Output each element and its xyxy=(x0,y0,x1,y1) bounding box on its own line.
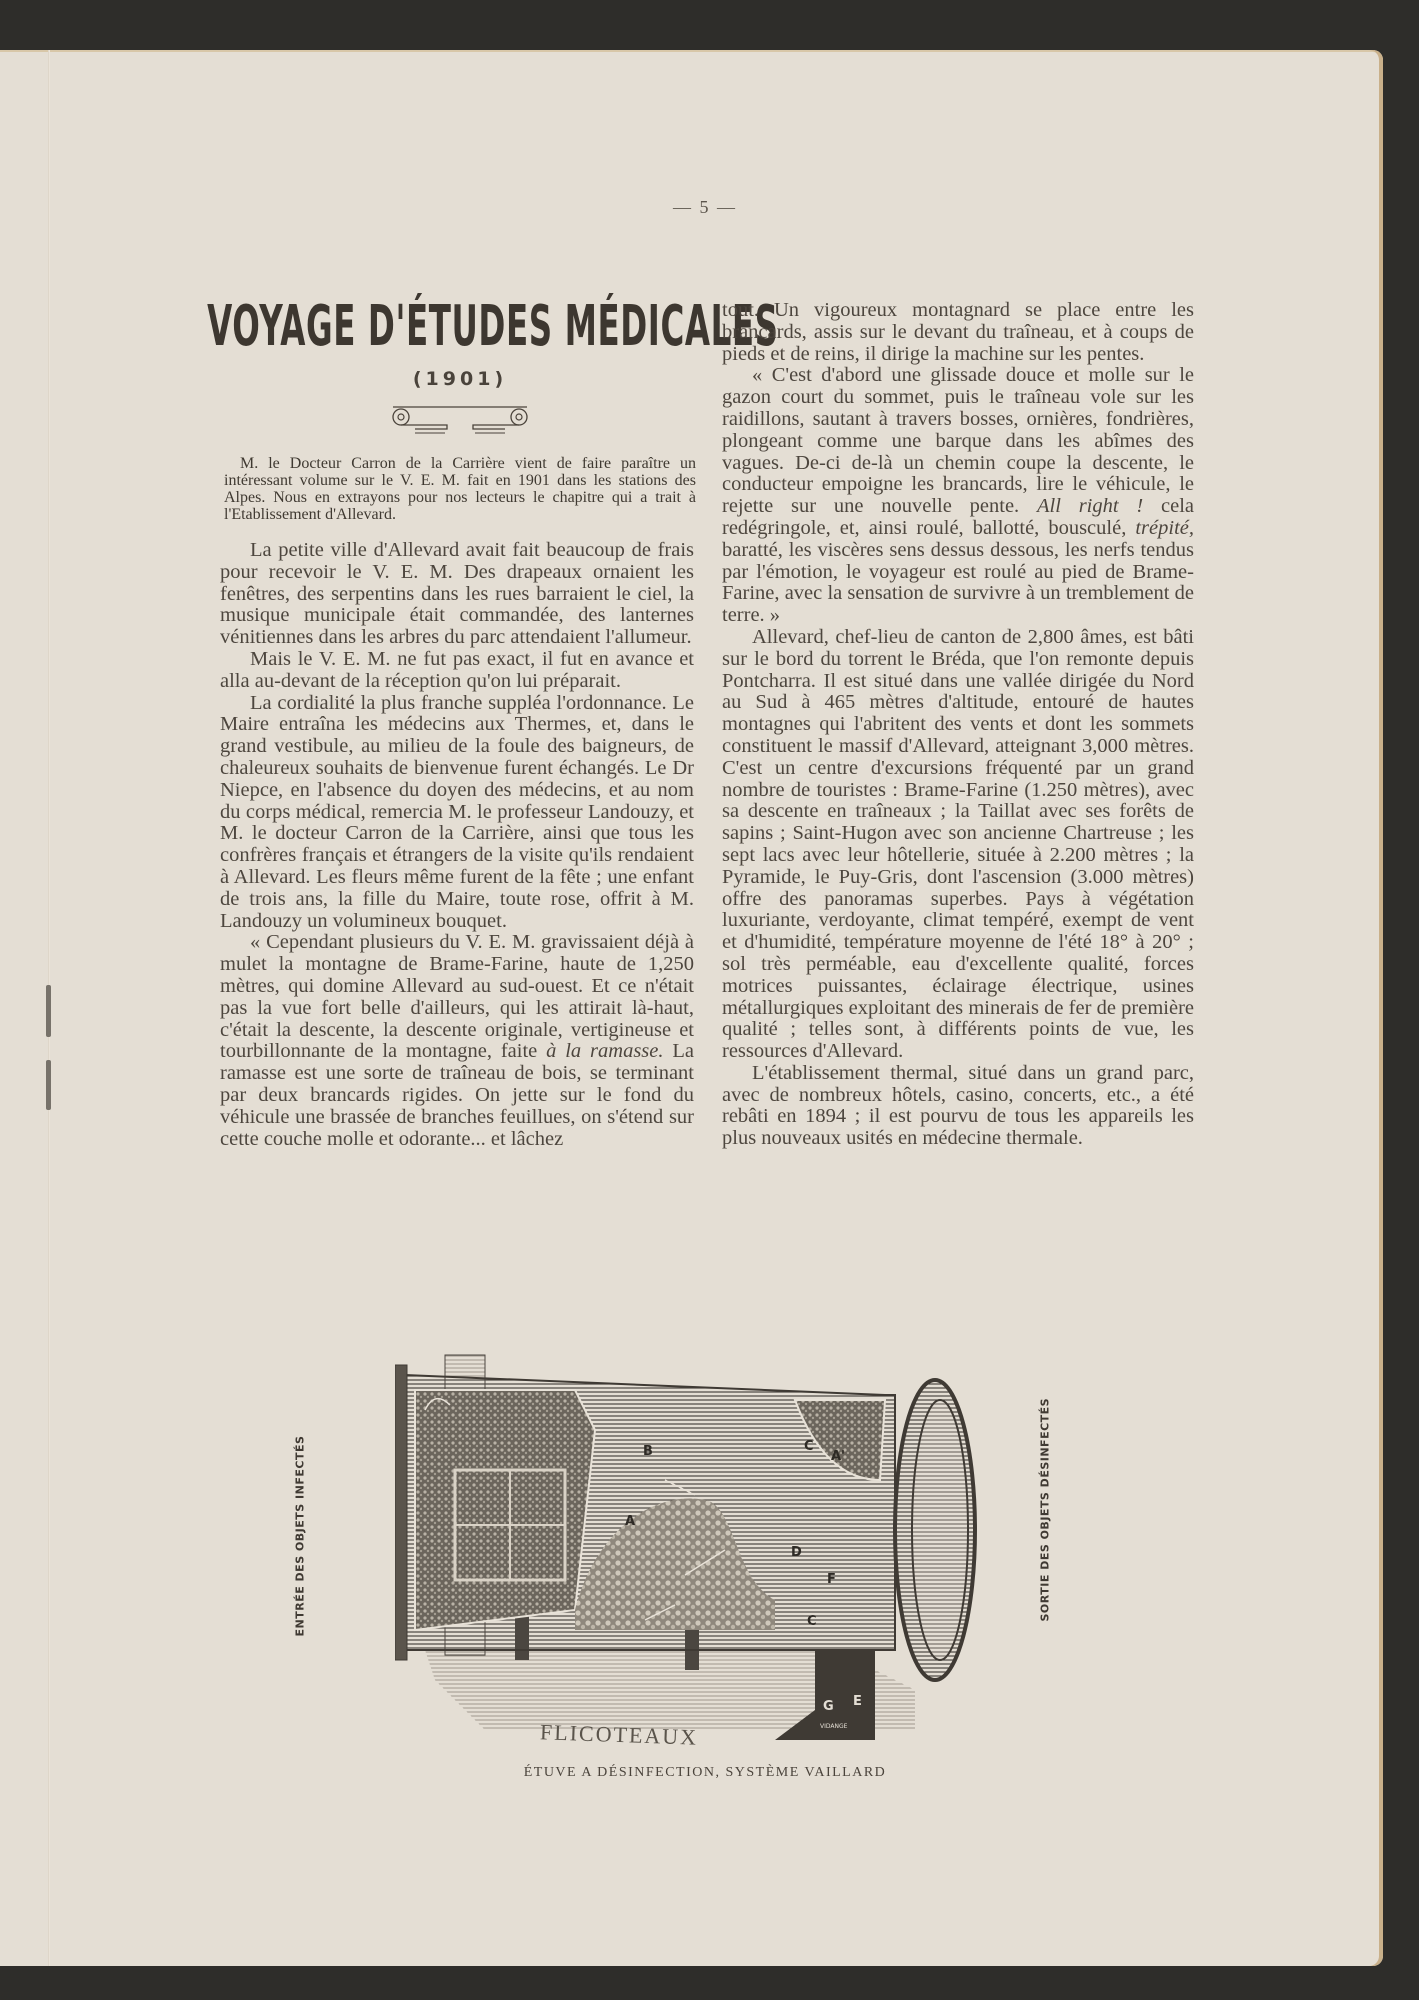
paragraph: tout. Un vigoureux montagnard se place e… xyxy=(722,300,1194,365)
staple-top xyxy=(46,985,51,1037)
entry-label: ENTRÉE DES OBJETS INFECTÉS xyxy=(294,1437,307,1637)
paragraph: La petite ville d'Allevard avait fait be… xyxy=(220,540,694,649)
disinfection-oven-illustration: B A A' C D F C E G VIDANGE xyxy=(395,1350,1015,1760)
paragraph: L'établissement thermal, situé dans un g… xyxy=(722,1063,1194,1150)
ornament-divider-icon xyxy=(385,403,535,439)
svg-text:E: E xyxy=(853,1694,862,1709)
svg-text:F: F xyxy=(827,1572,836,1587)
svg-text:D: D xyxy=(791,1545,802,1560)
text-run: baratté, les viscères sens dessus dessou… xyxy=(722,539,1194,626)
title-block: VOYAGE D'ÉTUDES MÉDICALES xyxy=(224,296,696,362)
paragraph: « Cependant plusieurs du V. E. M. gravis… xyxy=(220,932,694,1150)
right-column: tout. Un vigoureux montagnard se place e… xyxy=(722,300,1194,1150)
figure-caption: ÉTUVE A DÉSINFECTION, SYSTÈME VAILLARD xyxy=(395,1765,1015,1781)
exit-label: SORTIE DES OBJETS DÉSINFECTÉS xyxy=(1039,1422,1052,1622)
svg-text:C: C xyxy=(804,1439,814,1454)
paragraph: Allevard, chef-lieu de canton de 2,800 â… xyxy=(722,627,1194,1063)
page-title: VOYAGE D'ÉTUDES MÉDICALES xyxy=(207,296,713,358)
paragraph: Mais le V. E. M. ne fut pas exact, il fu… xyxy=(220,649,694,693)
svg-text:C: C xyxy=(807,1614,817,1629)
paragraph: La cordialité la plus franche suppléa l'… xyxy=(220,693,694,933)
engraver-signature: FLICOTEAUX xyxy=(540,1719,699,1751)
left-column: La petite ville d'Allevard avait fait be… xyxy=(220,540,694,1150)
italic-text: à la ramasse. xyxy=(546,1040,663,1062)
title-year: (1901) xyxy=(224,368,696,390)
paragraph: « C'est d'abord une glissade douce et mo… xyxy=(722,365,1194,627)
svg-text:A': A' xyxy=(831,1449,845,1464)
svg-text:VIDANGE: VIDANGE xyxy=(820,1723,848,1730)
svg-text:A: A xyxy=(625,1514,635,1529)
svg-text:B: B xyxy=(643,1444,653,1459)
italic-text: trépité, xyxy=(1135,517,1194,539)
svg-text:G: G xyxy=(823,1699,834,1714)
page-number: — 5 — xyxy=(665,197,745,218)
italic-text: All right ! xyxy=(1037,495,1143,517)
intro-paragraph: M. le Docteur Carron de la Carrière vien… xyxy=(224,455,696,523)
staple-bottom xyxy=(46,1060,51,1110)
